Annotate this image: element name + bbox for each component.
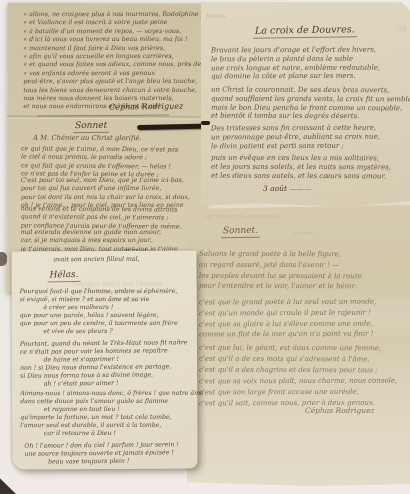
manuscript-croix-de-douvres: Nantes 19 La croix de Douvres. Bravant l… [201,2,410,207]
handwritten-line: au regard assuré, jeté dans l'avenir ! — [199,260,362,271]
handwritten-line: beau vase toujours plein ! [25,457,180,466]
handwritten-line: Saluons le grand poète à la belle figure… [199,249,362,260]
pencil-note-above-title: sur la mort du grand poète [205,214,280,220]
handwritten-line: et les dieux sans autels, et les cœurs s… [211,171,391,180]
handwritten-line: car il retourne à Dieu ! [20,430,203,438]
handwritten-line: c'est que le grand poète à lui seul vaut… [199,297,376,309]
poem-stanza: c'est que sa voix nous plaît, nous charm… [199,376,397,409]
sonnet-title: Sonnet [73,121,109,133]
manuscript-sonnet-grand-poete: sur la mort du grand poète Sonnet. (inéd… [187,205,410,486]
pencil-corner-note: Nantes [206,14,226,20]
poem-stanza: c'est que le grand poète à lui seul vaut… [199,297,376,341]
manuscript-helas: avait son ancien filleul mal, Hélas. Pou… [11,251,197,470]
paper-crease [7,116,206,120]
poem-stanza: Saluons le grand poète à la belle figure… [199,249,362,293]
handwritten-line: comme un flot de la mer qu'on n'a point … [199,329,376,341]
handwritten-line: c'est que son large front accuse une aur… [199,386,397,398]
handwritten-line: C'est pour toi seul, mon Dieu, que je t'… [21,177,190,186]
handwritten-line: c'est que lui, le géant, est doux comme … [199,343,381,354]
handwritten-line: et vive de ses pleurs ? [20,328,178,336]
handwritten-line: c'est qu'un monde qui croule il peut le … [199,307,376,319]
handwritten-line: que pour un peu de cendre, il tourmente … [20,320,178,328]
ink-smear [137,123,211,130]
handwritten-line: pour toi dont ils ont mis la chair sur l… [21,194,190,203]
handwritten-line: « d'ici là vous vous livrerez au beau mi… [23,36,216,45]
handwritten-line: Pourquoi faut-il que l'homme, ombre si é… [20,288,178,296]
ink-smear-edge [201,121,210,125]
poem-stanza: Bravant les jours d'orage et l'effort de… [211,46,380,82]
handwritten-line: car, si je manquais à mes espoirs un jou… [21,237,180,246]
handwritten-line: « maintenant il faut faire à Dieu vos pr… [23,45,216,54]
signature-cephas-rodriguez: Céphas Rodriguez [109,102,183,112]
poem-stanza: Pourtant, quand du néant le Très-Haut no… [20,339,188,389]
handwritten-line: tous les biens vous demeurent chacun à v… [23,87,216,96]
sonnet-dedication: A M. Chénier au Christ glorifié. [33,134,142,143]
poem-stanza: c'est que lui, le géant, est doux comme … [199,343,381,376]
poem-stanza: un Christ la couronnait. De ses deux bra… [211,86,410,122]
handwritten-line: ah ! c'était pour aimer ! [20,379,188,389]
poem-stanza: Aimons-nous ! aimons-nous donc, ô frères… [20,390,203,438]
poem-stanza: « allons, ne craignez plus à nos murmure… [23,11,217,112]
edge-shadow-notch [0,252,7,266]
date-flourish: ——— [289,184,312,193]
handwritten-line: qui domine la côte et plane sur les mers… [211,72,380,82]
handwritten-line: mal entendu devienne un guide mon amour, [21,229,180,238]
handwritten-line: c'est que sa voix nous plaît, nous charm… [199,376,397,388]
poem-stanza: ce qui fait que je t'aime, ô mon Dieu, c… [21,145,178,180]
sonnet-title: Sonnet. [221,226,260,238]
handwritten-line: c'est que sa gloire à lui s'élève comme … [199,318,376,330]
handwritten-line: « allons, ne craignez plus à nos murmure… [23,11,216,20]
handwritten-line: pour toi qui fus couvert d'une infâme li… [21,185,190,194]
poem-stanza: nous venons et te comptons de tes divins… [21,205,182,231]
handwritten-line: si exiguë, si misère ? et son âme et sa … [20,296,178,304]
handwritten-line: et bientôt il tomba sur les degrés déser… [211,112,410,122]
pencil-page-mark: 19 [398,26,406,33]
handwritten-line: c'est qu'il a de ces mots qui s'adressen… [199,353,381,364]
handwritten-line: « à bataille d'un moment de repos, — voy… [23,28,216,37]
dark-corner-wedge [0,477,16,494]
poem-stanza: Des tristesses sans fin croissant à cett… [211,124,380,151]
signature-cephas-rodriguez: Céphas Rodriguez [305,406,374,415]
handwritten-line: que pour une parole, hélas ! souvent lég… [20,312,178,320]
handwritten-line: « et quand vous faites vos adieux, comme… [23,61,216,70]
poem-title: La croix de Douvres. [253,25,357,38]
photo-of-manuscripts: { "photo": { "background_color": "#edeae… [0,0,410,494]
poem-stanza: Pourquoi faut-il que l'homme, ombre si é… [20,288,178,336]
handwritten-line: le divin patient est parti sans retour ; [211,141,380,151]
handwritten-line: pour l'entendre et le voir, l'aimer et l… [199,281,362,292]
poem-stanza: Oh ! l'amour ! don du ciel ! parfum ! jo… [24,441,179,466]
handwritten-line: à créer ses malheurs ! [20,304,178,312]
poem-stanza: puis un évêque en ces lieux les a mis so… [211,154,391,181]
handwritten-line: « vos enfants adorés seront à vos genoux [23,70,216,79]
pencil-note-after-title: (inédit) [293,231,313,237]
header-line: avait son ancien filleul mal, [53,256,139,264]
handwritten-line: « et Vaillance il est inscrit à votre ju… [23,19,216,28]
handwritten-line: peut-être, s'avoir plus ajouté et l'ange… [23,78,216,87]
handwritten-line: les peuples devant lui se pressaient à l… [199,270,362,281]
handwritten-line: « afin qu'il vous accueille en longues c… [23,53,216,62]
date-line: 3 août ——— [263,184,312,193]
handwritten-line: c'est qu'il a des chagrins et des larmes… [199,364,381,375]
